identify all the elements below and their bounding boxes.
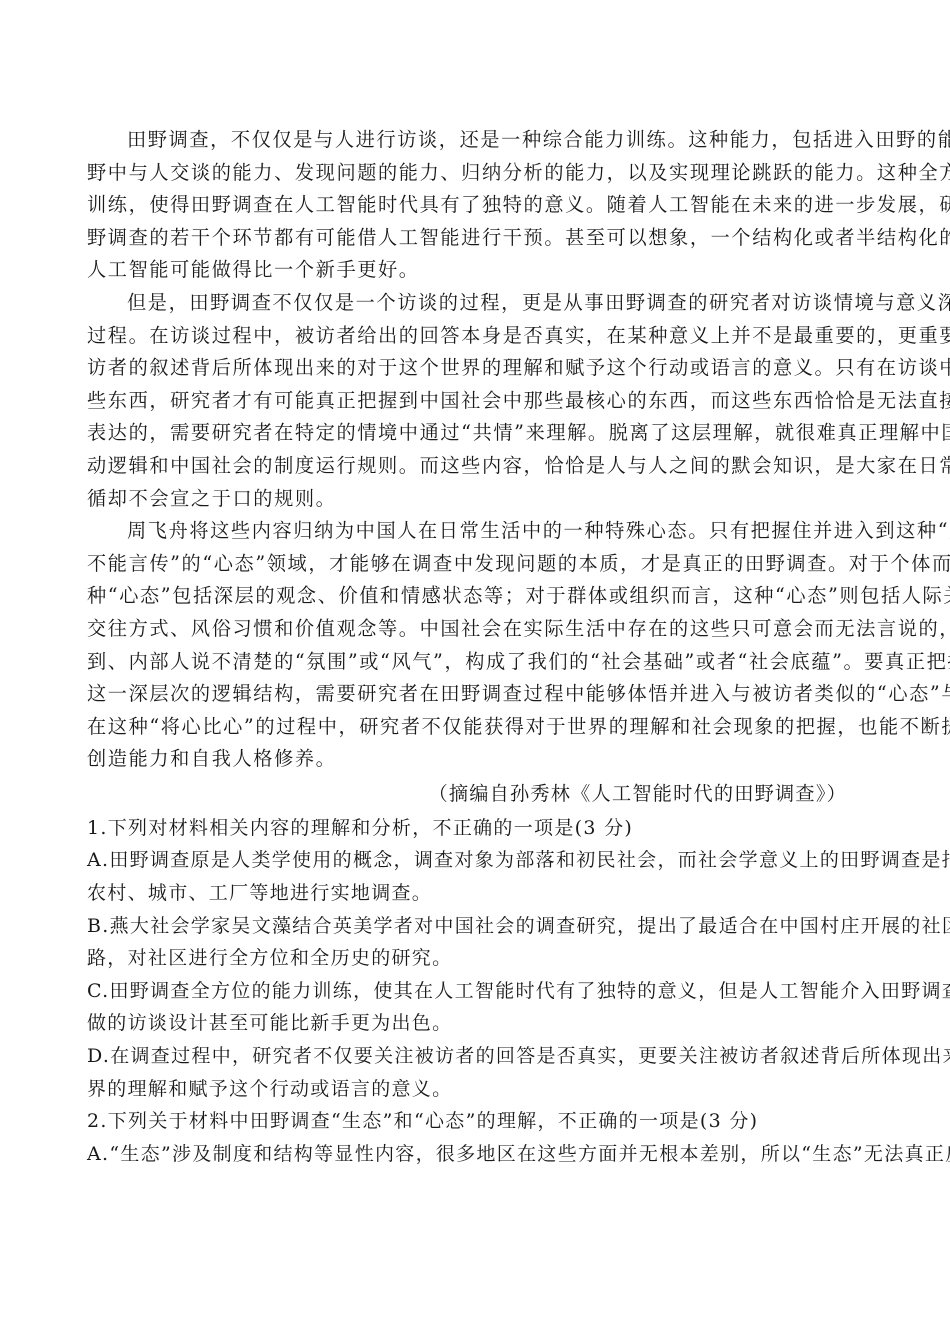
paragraph-line: 访者的叙述背后所体现出来的对于这个世界的理解和赋予这个行动或语言的意义。只有在访… <box>87 352 861 385</box>
option-a[interactable]: A.田野调查原是人类学使用的概念，调查对象为部落和初民社会，而社会学意义上的田野… <box>87 844 861 909</box>
paragraph-line: 周飞舟将这些内容归纳为中国人在日常生活中的一种特殊心态。只有把握住并进入到这种“… <box>87 515 861 548</box>
option-d[interactable]: D.在调查过程中，研究者不仅要关注被访者的回答是否真实，更要关注被访者叙述背后所… <box>87 1040 861 1105</box>
paragraph-line: 交往方式、风俗习惯和价值观念等。中国社会在实际生活中存在的这些只可意会而无法言说… <box>87 613 861 646</box>
paragraph-line: 动逻辑和中国社会的制度运行规则。而这些内容，恰恰是人与人之间的默会知识，是大家在… <box>87 450 861 483</box>
option-line: D.在调查过程中，研究者不仅要关注被访者的回答是否真实，更要关注被访者叙述背后所… <box>87 1040 861 1073</box>
option-line: 做的访谈设计甚至可能比新手更为出色。 <box>87 1007 861 1040</box>
paragraph-line: 但是，田野调查不仅仅是一个访谈的过程，更是从事田野调查的研究者对访谈情境与意义深… <box>87 287 861 320</box>
paragraph-line: 不能言传”的“心态”领域，才能够在调查中发现问题的本质，才是真正的田野调查。对于… <box>87 548 861 581</box>
question-stem: 1.下列对材料相关内容的理解和分析，不正确的一项是(3 分) <box>87 812 861 845</box>
paragraph-line: 种“心态”包括深层的观念、价值和情感状态等；对于群体或组织而言，这种“心态”则包… <box>87 580 861 613</box>
paragraph-line: 野调查的若干个环节都有可能借人工智能进行干预。甚至可以想象，一个结构化或者半结构… <box>87 222 861 255</box>
paragraph-line: 在这种“将心比心”的过程中，研究者不仅能获得对于世界的理解和社会现象的把握，也能… <box>87 711 861 744</box>
paragraph-line: 到、内部人说不清楚的“氛围”或“风气”，构成了我们的“社会基础”或者“社会底蕴”… <box>87 646 861 679</box>
option-b[interactable]: B.燕大社会学家吴文藻结合英美学者对中国社会的调查研究，提出了最适合在中国村庄开… <box>87 910 861 975</box>
option-line: 界的理解和赋予这个行动或语言的意义。 <box>87 1073 861 1106</box>
paragraph-line: 表达的，需要研究者在特定的情境中通过“共情”来理解。脱离了这层理解，就很难真正理… <box>87 417 861 450</box>
paragraph-line: 田野调查，不仅仅是与人进行访谈，还是一种综合能力训练。这种能力，包括进入田野的能… <box>87 124 861 157</box>
option-line: A.田野调查原是人类学使用的概念，调查对象为部落和初民社会，而社会学意义上的田野… <box>87 844 861 877</box>
paragraph-line: 人工智能可能做得比一个新手更好。 <box>87 254 861 287</box>
option-line: B.燕大社会学家吴文藻结合英美学者对中国社会的调查研究，提出了最适合在中国村庄开… <box>87 910 861 943</box>
passage-source: （摘编自孙秀林《人工智能时代的田野调查》） <box>87 776 861 812</box>
paragraph-line: 野中与人交谈的能力、发现问题的能力、归纳分析的能力，以及实现理论跳跃的能力。这种… <box>87 157 861 190</box>
question-stem: 2.下列关于材料中田野调查“生态”和“心态”的理解，不正确的一项是(3 分) <box>87 1105 861 1138</box>
option-line: A.“生态”涉及制度和结构等显性内容，很多地区在这些方面并无根本差别，所以“生态… <box>87 1138 861 1171</box>
passage-paragraph-3: 周飞舟将这些内容归纳为中国人在日常生活中的一种特殊心态。只有把握住并进入到这种“… <box>87 515 861 776</box>
question-2: 2.下列关于材料中田野调查“生态”和“心态”的理解，不正确的一项是(3 分) A… <box>87 1105 861 1170</box>
passage-paragraph-1: 田野调查，不仅仅是与人进行访谈，还是一种综合能力训练。这种能力，包括进入田野的能… <box>87 124 861 287</box>
question-1: 1.下列对材料相关内容的理解和分析，不正确的一项是(3 分) A.田野调查原是人… <box>87 812 861 1105</box>
option-c[interactable]: C.田野调查全方位的能力训练，使其在人工智能时代有了独特的意义，但是人工智能介入… <box>87 975 861 1040</box>
paragraph-line: 这一深层次的逻辑结构，需要研究者在田野调查过程中能够体悟并进入与被访者类似的“心… <box>87 678 861 711</box>
option-line: 农村、城市、工厂等地进行实地调查。 <box>87 877 861 910</box>
passage-paragraph-2: 但是，田野调查不仅仅是一个访谈的过程，更是从事田野调查的研究者对访谈情境与意义深… <box>87 287 861 515</box>
paragraph-line: 训练，使得田野调查在人工智能时代具有了独特的意义。随着人工智能在未来的进一步发展… <box>87 189 861 222</box>
paragraph-line: 些东西，研究者才有可能真正把握到中国社会中那些最核心的东西，而这些东西恰恰是无法… <box>87 385 861 418</box>
document-page: 田野调查，不仅仅是与人进行访谈，还是一种综合能力训练。这种能力，包括进入田野的能… <box>87 124 861 1170</box>
paragraph-line: 过程。在访谈过程中，被访者给出的回答本身是否真实，在某种意义上并不是最重要的，更… <box>87 320 861 353</box>
paragraph-line: 循却不会宣之于口的规则。 <box>87 483 861 516</box>
paragraph-line: 创造能力和自我人格修养。 <box>87 743 861 776</box>
option-line: C.田野调查全方位的能力训练，使其在人工智能时代有了独特的意义，但是人工智能介入… <box>87 975 861 1008</box>
option-line: 路，对社区进行全方位和全历史的研究。 <box>87 942 861 975</box>
option-a[interactable]: A.“生态”涉及制度和结构等显性内容，很多地区在这些方面并无根本差别，所以“生态… <box>87 1138 861 1171</box>
